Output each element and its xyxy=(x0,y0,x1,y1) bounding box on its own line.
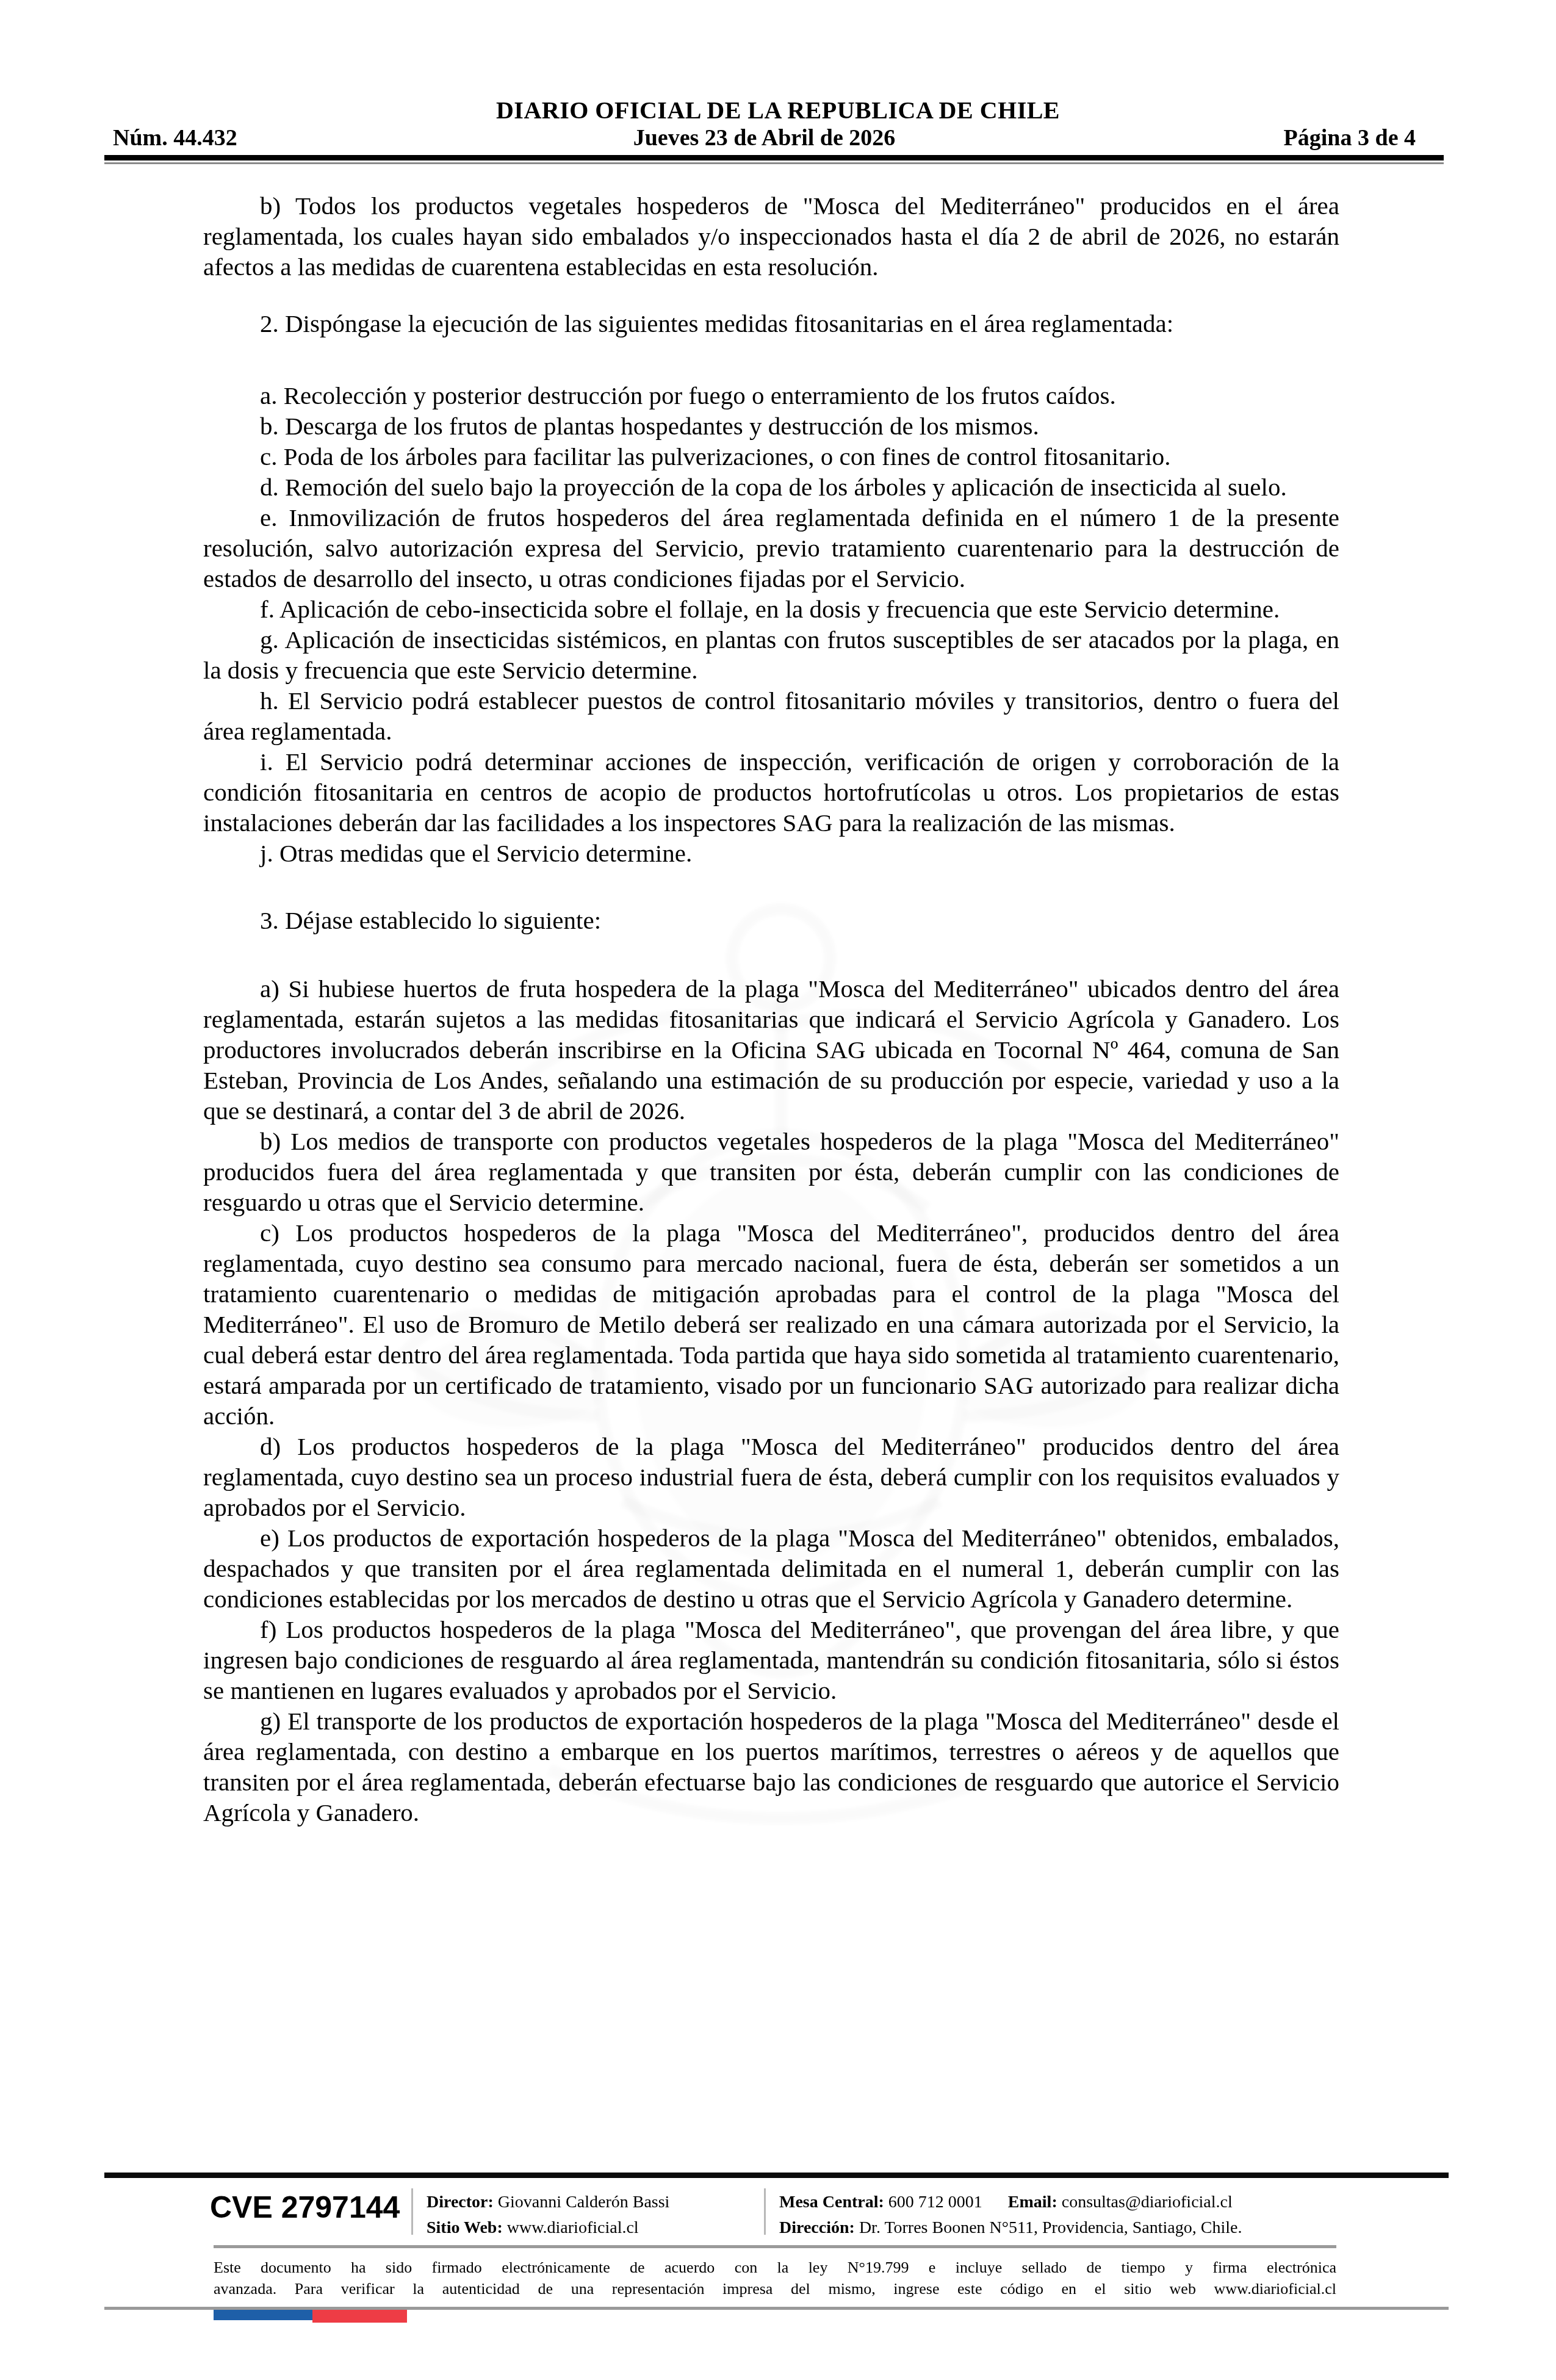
body-paragraph: 2. Dispóngase la ejecución de las siguie… xyxy=(203,308,1339,339)
body-paragraph: d. Remoción del suelo bajo la proyección… xyxy=(203,472,1339,502)
body-paragraph: c) Los productos hospederos de la plaga … xyxy=(203,1217,1339,1431)
direccion-label: Dirección: xyxy=(779,2218,855,2237)
body-paragraph: h. El Servicio podrá establecer puestos … xyxy=(203,685,1339,746)
flag-blue-block xyxy=(214,2310,312,2320)
footer-divider xyxy=(411,2188,413,2235)
mesa-central-value: 600 712 0001 xyxy=(888,2193,982,2212)
direccion-line: Dirección: Dr. Torres Boonen N°511, Prov… xyxy=(779,2215,1242,2241)
body-paragraph: g. Aplicación de insecticidas sistémicos… xyxy=(203,624,1339,685)
body-paragraph: e) Los productos de exportación hospeder… xyxy=(203,1523,1339,1614)
direccion-value: Dr. Torres Boonen N°511, Providencia, Sa… xyxy=(859,2218,1242,2237)
mesa-central-label: Mesa Central: xyxy=(779,2193,884,2212)
email-value: consultas@diarioficial.cl xyxy=(1062,2193,1233,2212)
director-value: Giovanni Calderón Bassi xyxy=(498,2193,670,2212)
legal-line-1: Este documento ha sido firmado electróni… xyxy=(214,2257,1336,2278)
footer-divider xyxy=(764,2188,766,2235)
footer-top-rule xyxy=(104,2173,1449,2178)
issue-date: Jueves 23 de Abril de 2026 xyxy=(113,124,1416,151)
legal-notice: Este documento ha sido firmado electróni… xyxy=(214,2257,1336,2299)
flag-red-block xyxy=(312,2310,407,2323)
document-page: DIARIO OFICIAL DE LA REPUBLICA DE CHILE … xyxy=(0,0,1556,2380)
body-paragraph: b) Todos los productos vegetales hospede… xyxy=(203,190,1339,282)
body-paragraph: d) Los productos hospederos de la plaga … xyxy=(203,1431,1339,1523)
body-paragraph: g) El transporte de los productos de exp… xyxy=(203,1706,1339,1828)
mesa-central-line: Mesa Central: 600 712 0001Email: consult… xyxy=(779,2190,1242,2215)
body-paragraph: b. Descarga de los frutos de plantas hos… xyxy=(203,411,1339,441)
body-paragraph: c. Poda de los árboles para facilitar la… xyxy=(203,441,1339,472)
sitio-web-value: www.diarioficial.cl xyxy=(507,2218,639,2237)
sitio-web-line: Sitio Web: www.diarioficial.cl xyxy=(427,2215,669,2241)
body-paragraph: f. Aplicación de cebo-insecticida sobre … xyxy=(203,594,1339,624)
body-paragraph: e. Inmovilización de frutos hospederos d… xyxy=(203,502,1339,594)
body-text: b) Todos los productos vegetales hospede… xyxy=(203,190,1339,1828)
page-indicator: Página 3 de 4 xyxy=(1284,124,1416,151)
body-paragraph: a. Recolección y posterior destrucción p… xyxy=(203,380,1339,411)
body-paragraph: b) Los medios de transporte con producto… xyxy=(203,1126,1339,1217)
body-paragraph: 3. Déjase establecido lo siguiente: xyxy=(203,905,1339,936)
header-meta-row: Núm. 44.432 Jueves 23 de Abril de 2026 P… xyxy=(113,124,1416,154)
header-rule-shadow xyxy=(104,162,1444,164)
footer-separator-rule xyxy=(214,2245,1336,2248)
director-label: Director: xyxy=(427,2193,494,2212)
header-rule xyxy=(104,155,1444,160)
sitio-web-label: Sitio Web: xyxy=(427,2218,503,2237)
legal-line-2: avanzada. Para verificar la autenticidad… xyxy=(214,2278,1336,2299)
footer-contact-column: Mesa Central: 600 712 0001Email: consult… xyxy=(779,2190,1242,2241)
body-paragraph: j. Otras medidas que el Servicio determi… xyxy=(203,838,1339,868)
body-paragraph: i. El Servicio podrá determinar acciones… xyxy=(203,746,1339,838)
footer-director-column: Director: Giovanni Calderón Bassi Sitio … xyxy=(427,2190,669,2241)
body-paragraph: f) Los productos hospederos de la plaga … xyxy=(203,1614,1339,1706)
masthead-title: DIARIO OFICIAL DE LA REPUBLICA DE CHILE xyxy=(0,96,1556,124)
email-label: Email: xyxy=(1008,2193,1057,2212)
director-line: Director: Giovanni Calderón Bassi xyxy=(427,2190,669,2215)
cve-code: CVE 2797144 xyxy=(210,2190,400,2225)
body-paragraph: a) Si hubiese huertos de fruta hospedera… xyxy=(203,973,1339,1126)
